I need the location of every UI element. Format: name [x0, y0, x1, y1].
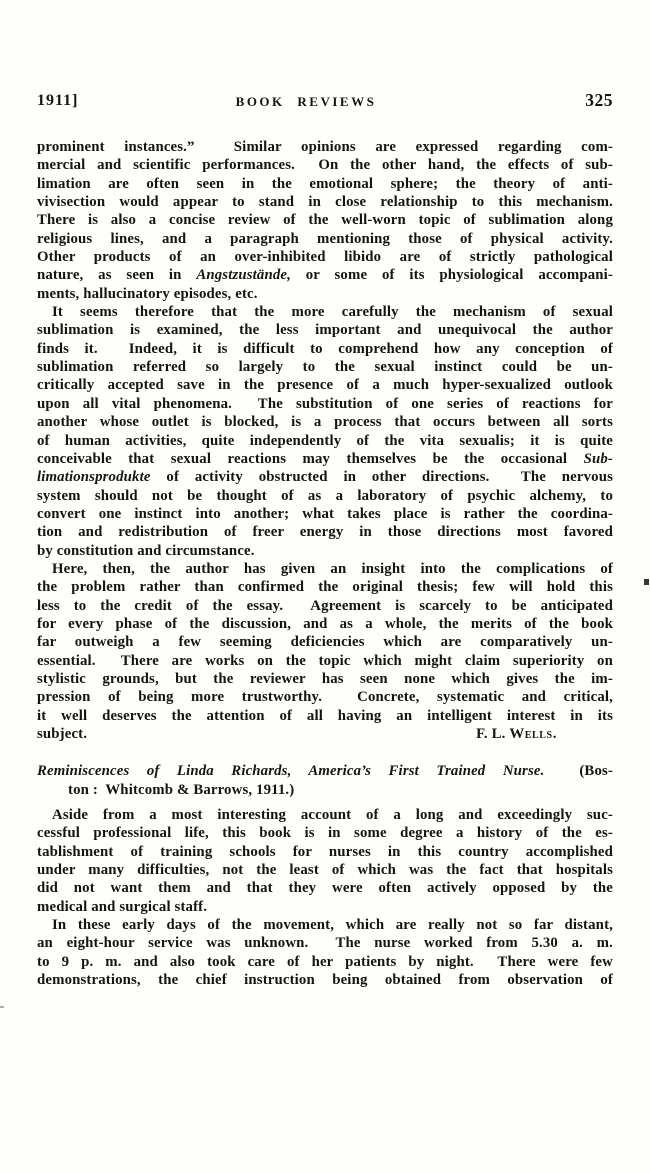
text-line: Other products of an over-inhibited libi… [37, 248, 613, 266]
paragraph-last-words: subject. [37, 725, 87, 743]
text-segment: (Bos- [544, 763, 613, 779]
text-segment: tion and redistribution of freer energy … [37, 524, 613, 540]
review-1-paragraph-2: It seems therefore that the more careful… [37, 303, 613, 560]
text-line: Here, then, the author has given an insi… [37, 560, 613, 578]
text-segment: cessful professional life, this book is … [37, 825, 613, 841]
text-segment: or some of its physiological accompani- [291, 267, 613, 283]
text-line: In these early days of the movement, whi… [37, 916, 613, 934]
text-line: religious lines, and a paragraph mention… [37, 230, 613, 248]
scanned-book-page: 1911] BOOK REVIEWS 325 prominent instanc… [0, 0, 650, 1173]
text-segment: of human activities, quite independently… [37, 433, 613, 449]
text-segment: convert one instinct into another; what … [37, 506, 613, 522]
text-segment: essential. There are works on the topic … [37, 653, 613, 669]
text-segment: mercial and scientific performances. On … [37, 157, 613, 173]
reviewer-signature: F. L. Wells. [476, 725, 557, 743]
text-segment: There is also a concise review of the we… [37, 212, 613, 228]
text-line: it well deserves the attention of all ha… [37, 707, 613, 725]
ink-speck [0, 1006, 4, 1008]
text-line: system should not be thought of as a lab… [37, 487, 613, 505]
text-line: to 9 p. m. and also took care of her pat… [37, 953, 613, 971]
text-segment: the problem rather than confirmed the or… [37, 579, 613, 595]
text-line: under many difficulties, not the least o… [37, 861, 613, 879]
review-1-continuation-paragraph: prominent instances.” Similar opinions a… [37, 138, 613, 303]
text-line: limationsprodukte of activity obstructed… [37, 468, 613, 486]
text-line: an eight-hour service was unknown. The n… [37, 934, 613, 952]
italic-text: Angstzustände, [196, 267, 291, 283]
text-segment: It seems therefore that the more careful… [52, 304, 613, 320]
text-segment: far outweigh a few seeming deficiencies … [37, 634, 613, 650]
text-line: mercial and scientific performances. On … [37, 156, 613, 174]
text-segment: stylistic grounds, but the reviewer has … [37, 671, 613, 687]
text-line: prominent instances.” Similar opinions a… [37, 138, 613, 156]
text-segment: prominent instances.” Similar opinions a… [37, 139, 613, 155]
text-line: tion and redistribution of freer energy … [37, 523, 613, 541]
header-section-title: BOOK REVIEWS [236, 94, 377, 110]
running-head: 1911] BOOK REVIEWS 325 [37, 90, 613, 112]
text-line: critically accepted save in the presence… [37, 376, 613, 394]
body-text: prominent instances.” Similar opinions a… [37, 138, 613, 989]
text-segment: sublimation is examined, the less import… [37, 322, 613, 338]
text-segment: subject. [37, 726, 87, 742]
header-year: 1911] [37, 92, 78, 110]
text-line: finds it. Indeed, it is difficult to com… [37, 340, 613, 358]
review-2-paragraph-2: In these early days of the movement, whi… [37, 916, 613, 989]
text-line: essential. There are works on the topic … [37, 652, 613, 670]
text-segment: pression of being more trustworthy. Conc… [37, 689, 613, 705]
text-segment: an eight-hour service was unknown. The n… [37, 935, 613, 951]
text-segment: critically accepted save in the presence… [37, 377, 613, 393]
review-2-paragraph-1: Aside from a most interesting account of… [37, 806, 613, 916]
italic-text: Sub- [584, 451, 613, 467]
text-line: There is also a concise review of the we… [37, 211, 613, 229]
text-segment: tablishment of training schools for nurs… [37, 844, 613, 860]
text-line: the problem rather than confirmed the or… [37, 578, 613, 596]
text-segment: ments, hallucinatory episodes, etc. [37, 286, 258, 302]
text-line: did not want them and that they were oft… [37, 879, 613, 897]
text-segment: religious lines, and a paragraph mention… [37, 231, 613, 247]
text-line: upon all vital phenomena. The substituti… [37, 395, 613, 413]
text-segment: Other products of an over-inhibited libi… [37, 249, 613, 265]
review-2-book-citation: Reminiscences of Linda Richards, America… [37, 762, 613, 799]
text-segment: vivisection would appear to stand in clo… [37, 194, 613, 210]
text-segment: it well deserves the attention of all ha… [37, 708, 613, 724]
text-segment: F. L. [476, 726, 509, 742]
text-segment: demonstrations, the chief instruction be… [37, 972, 613, 988]
text-line: another whose outlet is blocked, is a pr… [37, 413, 613, 431]
text-segment: In these early days of the movement, whi… [52, 917, 613, 933]
text-line: sublimation referred so largely to the s… [37, 358, 613, 376]
smallcaps-name: Wells. [509, 726, 557, 742]
text-segment: upon all vital phenomena. The substituti… [37, 396, 613, 412]
text-line: stylistic grounds, but the reviewer has … [37, 670, 613, 688]
text-line: for every phase of the discussion, and a… [37, 615, 613, 633]
review-1-paragraph-3: Here, then, the author has given an insi… [37, 560, 613, 743]
text-line: cessful professional life, this book is … [37, 824, 613, 842]
text-line: nature, as seen in Angstzustände, or som… [37, 266, 613, 284]
text-line: vivisection would appear to stand in clo… [37, 193, 613, 211]
ink-speck [644, 579, 649, 585]
text-line: Aside from a most interesting account of… [37, 806, 613, 824]
text-segment: to 9 p. m. and also took care of her pat… [37, 954, 613, 970]
text-line: limation are often seen in the emotional… [37, 175, 613, 193]
text-line: far outweigh a few seeming deficiencies … [37, 633, 613, 651]
text-line: sublimation is examined, the less import… [37, 321, 613, 339]
text-line: tablishment of training schools for nurs… [37, 843, 613, 861]
text-segment: for every phase of the discussion, and a… [37, 616, 613, 632]
text-line: conceivable that sexual reactions may th… [37, 450, 613, 468]
text-segment: medical and surgical staff. [37, 899, 207, 915]
text-line: demonstrations, the chief instruction be… [37, 971, 613, 989]
text-segment: of activity obstructed in other directio… [151, 469, 613, 485]
text-line: of human activities, quite independently… [37, 432, 613, 450]
header-page-number: 325 [585, 90, 613, 111]
text-line: pression of being more trustworthy. Conc… [37, 688, 613, 706]
text-line: Reminiscences of Linda Richards, America… [37, 762, 613, 780]
text-column: 1911] BOOK REVIEWS 325 prominent instanc… [37, 90, 613, 989]
text-segment: system should not be thought of as a lab… [37, 488, 613, 504]
text-line: It seems therefore that the more careful… [37, 303, 613, 321]
text-segment: under many difficulties, not the least o… [37, 862, 613, 878]
text-segment: Here, then, the author has given an insi… [52, 561, 613, 577]
text-segment: limation are often seen in the emotional… [37, 176, 613, 192]
text-segment: less to the credit of the essay. Agreeme… [37, 598, 613, 614]
text-segment: ton : Whitcomb & Barrows, 1911.) [68, 782, 294, 798]
italic-text: limationsprodukte [37, 469, 151, 485]
text-segment: by constitution and circumstance. [37, 543, 255, 559]
text-segment: conceivable that sexual reactions may th… [37, 451, 584, 467]
text-segment: another whose outlet is blocked, is a pr… [37, 414, 613, 430]
text-segment: did not want them and that they were oft… [37, 880, 613, 896]
italic-text: Reminiscences of Linda Richards, America… [37, 763, 544, 779]
text-segment: nature, as seen in [37, 267, 196, 283]
text-line: less to the credit of the essay. Agreeme… [37, 597, 613, 615]
text-line: convert one instinct into another; what … [37, 505, 613, 523]
text-segment: Aside from a most interesting account of… [52, 807, 613, 823]
text-segment: finds it. Indeed, it is difficult to com… [37, 341, 613, 357]
text-segment: sublimation referred so largely to the s… [37, 359, 613, 375]
